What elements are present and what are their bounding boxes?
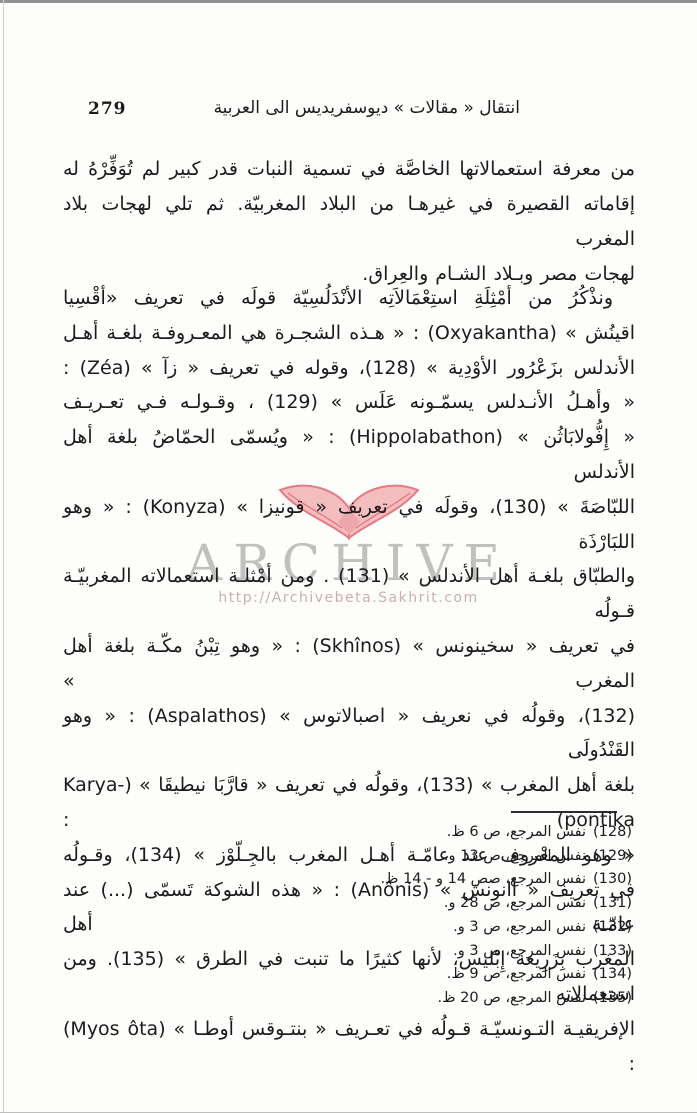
footnote-number: (133): [586, 940, 632, 964]
footnote-text: نفس المرجع، ص 20 ظ.: [438, 987, 587, 1011]
body-line: اللبّاصَةَ » (130)، وقولَه في تعريف « قو…: [63, 490, 635, 560]
body-line: إقاماته القصيرة في غيرهـا من البلاد المغ…: [63, 187, 635, 257]
body-line: « إِفُّولابَاثُن » (Hippolabathon) : « و…: [63, 420, 635, 490]
body-line: ونذْكُرُ من أمْثِلَةِ استِعْمَالاَتِه ال…: [63, 281, 635, 316]
running-head: 279 انتقال « مقالات » ديوسفريديس الى الع…: [0, 98, 697, 128]
footnote-text: نفس المرجع، ص 6 ظ.: [447, 821, 586, 845]
footnote-number: (131): [586, 892, 632, 916]
footnote-text: نفس المرجع، ص 3 و.: [453, 916, 586, 940]
footnote-text: نفس المرجع، ص 9 ظ.: [447, 963, 586, 987]
footnote-row: (131) نفس المرجع، ص 28 و.: [60, 892, 632, 916]
footnote-number: (134): [586, 963, 632, 987]
scanned-book-page: ARCHIVE http://Archivebeta.Sakhrit.com 2…: [0, 0, 697, 1113]
body-line: الأندلس بزَعْرُور الأوْدِية » (128)، وقو…: [63, 351, 635, 386]
footnote-row: (132) نفس المرجع، ص 3 و.: [60, 916, 632, 940]
footnote-row: (129) نفس المرجع، ص 13 و.: [60, 845, 632, 869]
paragraph-1: من معرفة استعمالاتها الخاصَّة في تسمية ا…: [63, 152, 635, 292]
footnote-row: (135) نفس المرجع، ص 20 ظ.: [60, 987, 632, 1011]
footnote-number: (135): [586, 987, 632, 1011]
footnote-number: (130): [586, 868, 632, 892]
body-line: الإفريقيـة التـونسيّـة قـولُه في تعـريف …: [63, 1012, 635, 1082]
footnote-text: نفس المرجع، ص 3 و.: [453, 940, 586, 964]
footnote-row: (133) نفس المرجع، ص 3 و.: [60, 940, 632, 964]
footnote-number: (129): [586, 845, 632, 869]
footnote-number: (132): [586, 916, 632, 940]
body-line: والطبّاق بلغـة أهل الأندلس » (131) . ومن…: [63, 559, 635, 629]
footnotes-block: (128) نفس المرجع، ص 6 ظ. (129) نفس المرج…: [60, 821, 632, 1011]
scan-top-edge: [0, 0, 697, 3]
body-line: من معرفة استعمالاتها الخاصَّة في تسمية ا…: [63, 152, 635, 187]
footnote-text: نفس المرجع، ص 13 و.: [444, 845, 586, 869]
scan-left-edge: [3, 0, 4, 1113]
footnote-row: (134) نفس المرجع، ص 9 ظ.: [60, 963, 632, 987]
chapter-title: انتقال « مقالات » ديوسفريديس الى العربية: [214, 98, 520, 118]
body-line: « وأهـلُ الأنـدلس يسمّـونه عَلَس » (129)…: [63, 385, 635, 420]
footnote-row: (130) نفس المرجع، صص 14 و - 14 ظ.: [60, 868, 632, 892]
body-line: في تعريف « سخينونس » (Skhînos) : « وهو ت…: [63, 629, 635, 699]
body-line: (132)، وقولُه في نعريف « اصبالاتوس » (As…: [63, 699, 635, 769]
body-line: اقينُش » (Oxyakantha) : « هـذه الشجـرة ه…: [63, 316, 635, 351]
footnote-text: نفس المرجع، ص 28 و.: [444, 892, 586, 916]
footnote-number: (128): [586, 821, 632, 845]
footnote-text: نفس المرجع، صص 14 و - 14 ظ.: [380, 868, 586, 892]
page-number: 279: [88, 99, 127, 119]
footnote-row: (128) نفس المرجع، ص 6 ظ.: [60, 821, 632, 845]
